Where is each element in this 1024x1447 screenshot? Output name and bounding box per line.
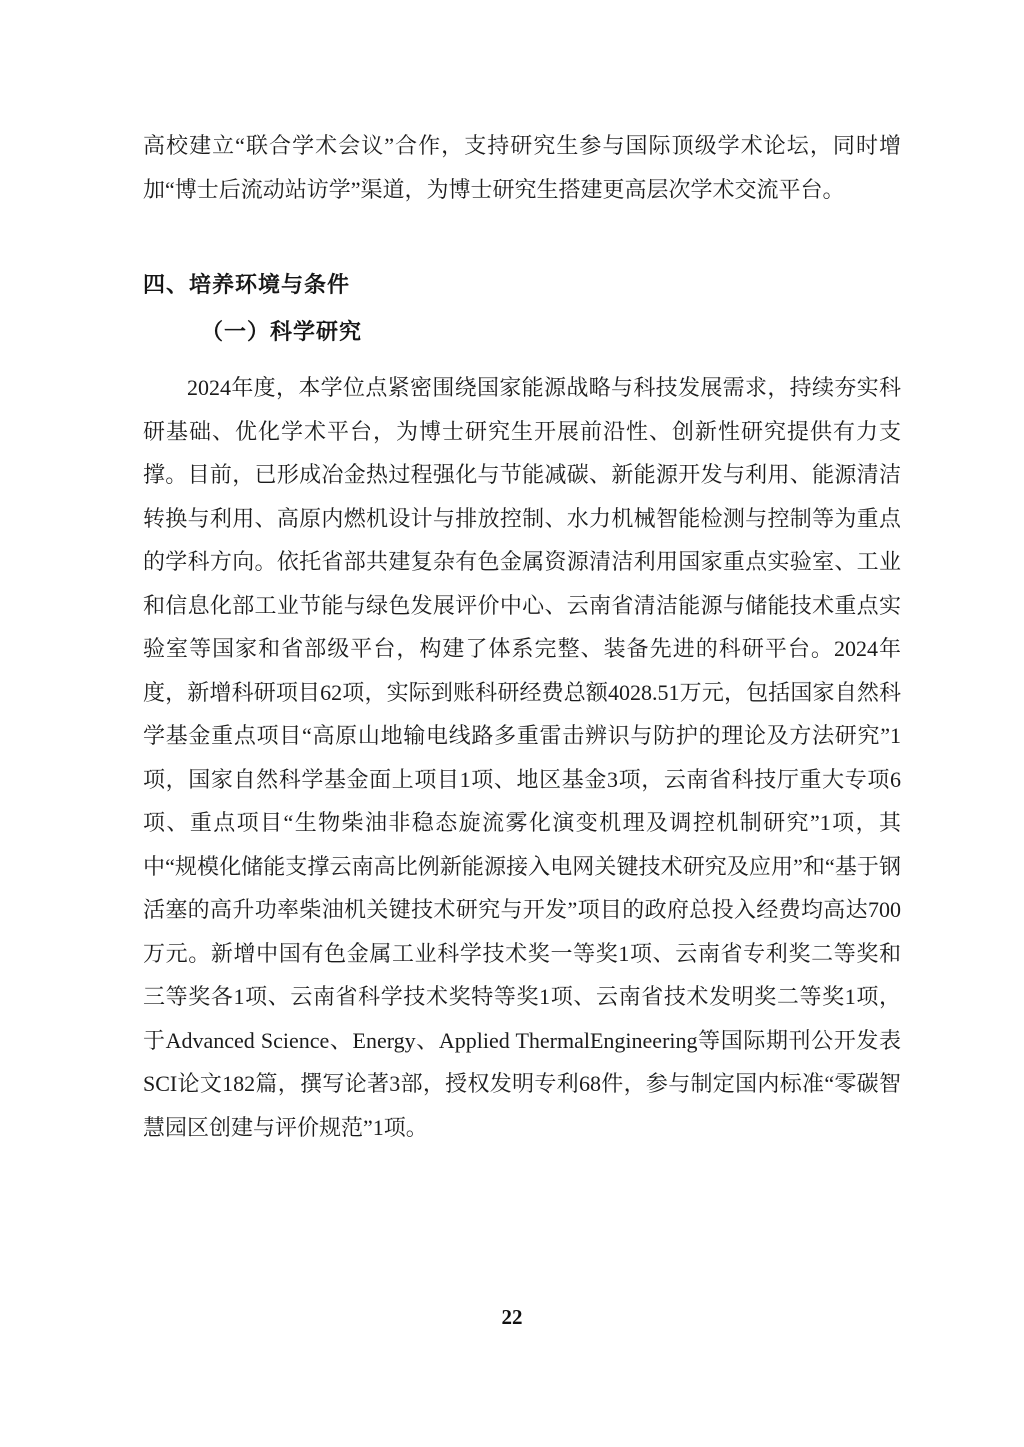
text-block: 高校建立“联合学术会议”合作，支持研究生参与国际顶级学术论坛，同时增加“博士后流… <box>143 124 901 1149</box>
page-number: 22 <box>0 1305 1024 1330</box>
body-paragraph: 2024年度，本学位点紧密围绕国家能源战略与科技发展需求，持续夯实科研基础、优化… <box>143 366 901 1149</box>
paragraph-continuation: 高校建立“联合学术会议”合作，支持研究生参与国际顶级学术论坛，同时增加“博士后流… <box>143 124 901 211</box>
section-heading: 四、培养环境与条件 <box>143 263 901 307</box>
subsection-heading: （一）科学研究 <box>143 310 901 354</box>
document-page: 高校建立“联合学术会议”合作，支持研究生参与国际顶级学术论坛，同时增加“博士后流… <box>0 0 1024 1447</box>
